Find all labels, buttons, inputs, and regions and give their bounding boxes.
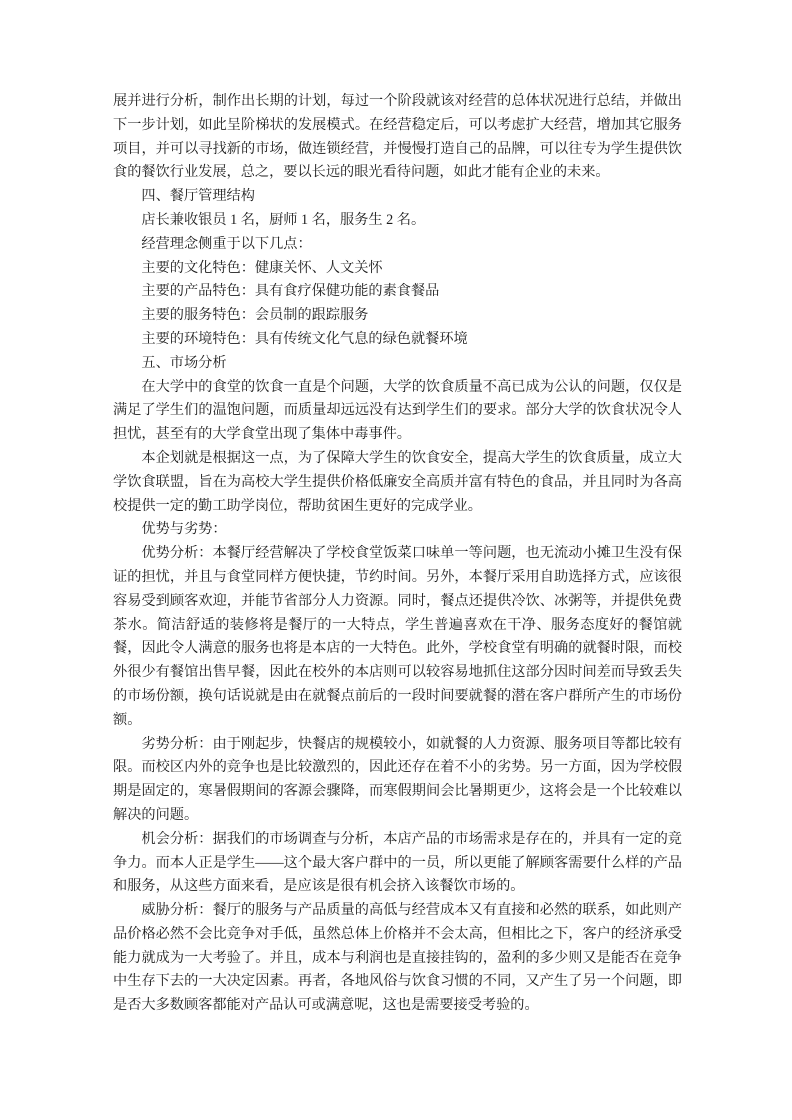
section-heading-market-analysis: 五、市场分析 <box>113 352 682 376</box>
paragraph-product-feature: 主要的产品特色：具有食疗保健功能的素食餐品 <box>113 280 682 304</box>
paragraph-swot-intro: 优势与劣势： <box>113 518 682 542</box>
section-heading-management-structure: 四、餐厅管理结构 <box>113 185 682 209</box>
paragraph-plan-purpose: 本企划就是根据这一点，为了保障大学生的饮食安全，提高大学生的饮食质量，成立大学饮… <box>113 447 682 518</box>
paragraph-philosophy-intro: 经营理念侧重于以下几点： <box>113 233 682 257</box>
paragraph-staffing: 店长兼收银员 1 名，厨师 1 名，服务生 2 名。 <box>113 209 682 233</box>
paragraph-culture-feature: 主要的文化特色：健康关怀、人文关怀 <box>113 257 682 281</box>
document-text-block: 展并进行分析，制作出长期的计划，每过一个阶段就该对经营的总体状况进行总结，并做出… <box>113 90 682 1018</box>
paragraph-threats-analysis: 威胁分析：餐厅的服务与产品质量的高低与经营成本又有直接和必然的联系，如此则产品价… <box>113 899 682 1018</box>
paragraph-environment-feature: 主要的环境特色：具有传统文化气息的绿色就餐环境 <box>113 328 682 352</box>
paragraph-strengths-analysis: 优势分析：本餐厅经营解决了学校食堂饭菜口味单一等问题，也无流动小摊卫生没有保证的… <box>113 542 682 732</box>
paragraph-weaknesses-analysis: 劣势分析：由于刚起步，快餐店的规模较小，如就餐的人力资源、服务项目等都比较有限。… <box>113 733 682 828</box>
paragraph-continuation: 展并进行分析，制作出长期的计划，每过一个阶段就该对经营的总体状况进行总结，并做出… <box>113 90 682 185</box>
paragraph-market-problem: 在大学中的食堂的饮食一直是个问题，大学的饮食质量不高已成为公认的问题，仅仅是满足… <box>113 376 682 447</box>
paragraph-opportunities-analysis: 机会分析：据我们的市场调查与分析，本店产品的市场需求是存在的，并具有一定的竞争力… <box>113 828 682 899</box>
document-page: 展并进行分析，制作出长期的计划，每过一个阶段就该对经营的总体状况进行总结，并做出… <box>0 0 792 1120</box>
paragraph-service-feature: 主要的服务特色：会员制的跟踪服务 <box>113 304 682 328</box>
